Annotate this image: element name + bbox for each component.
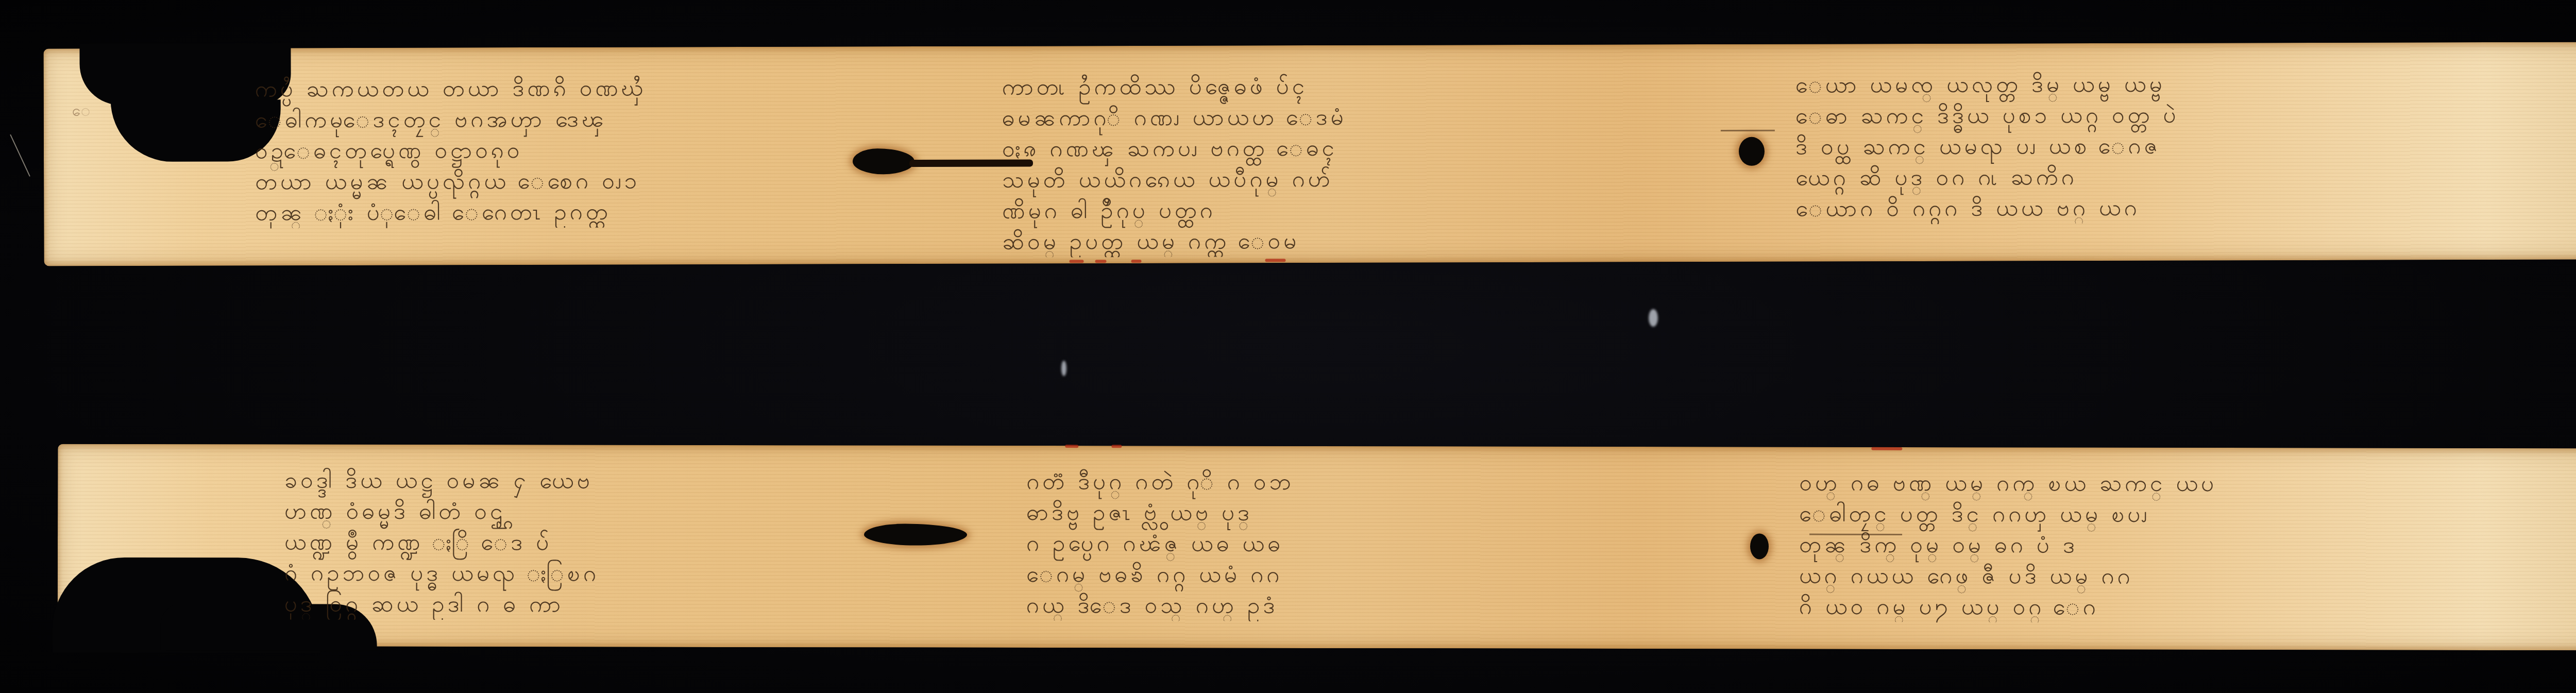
red-edge-mark <box>1065 445 1078 448</box>
text-line: ဂ ဥပ္ပေဂ ဂၽံဇ္ ယဓ ယဓ <box>1026 528 1737 560</box>
text-line: ဏိမုဂ ဓါ ဥႆိဂုပ္ ပတ္ထဂ <box>1002 194 1718 227</box>
text-line: ဂိ ယဝ ဂမ္ ပ႒ ယပ္ ဝဂ္ ေဂ <box>1799 591 2366 623</box>
text-line: ယဏ္ဍ မွဳ ကဏ္ဍ ႏြိ ေဒ ပၲ <box>284 527 872 559</box>
text-column-left: ကပ္ပႆ ႀကယတယ တယာ ဒိဏၵိ ဝဏၰႆ ေဓါကမုေဒၚတၠင္… <box>255 72 843 228</box>
text-line: ဝဟ္ ဂဓ ဗဏ္ ယမ္ ဂက္ ၿယ ႀကင္ ယပ <box>1799 468 2366 500</box>
text-line: ဓမၼကာဂုိ ဂဏၪ ယာယဟ ေဒမံ <box>1002 101 1718 134</box>
text-line: ေယာဂ ဝိ ဂဂ္ဂဂ ဒိ ယယ ဗဂ္ ယဂ <box>1795 192 2414 224</box>
text-line: ဂယ္ ဒိေဒ ဝသ္ ဂဟ္ ဥဒံ <box>1026 590 1737 622</box>
text-line: ဟဏ္ ဝံဓမ္မဒိ ဓါတံ ဝဌ္ဌ <box>284 496 872 528</box>
string-hole-slot <box>864 523 967 545</box>
text-line: ဓာဒိဗ္ဗ ဥဇၤ ဗ္လွံ ယဗ္ ပုဒ္ <box>1026 497 1737 529</box>
palm-leaf-bottom: ခဝဒ္ဒါ ဒိယ ယဋ္ဌ ဝမၼ ႁ ယေဗ ဟဏ္ ဝံဓမ္မဒိ ဓ… <box>58 444 2576 651</box>
text-column-middle: ကာတၬ ဥႆကထိဿ ပိဇ္ဇေဓဖံ ပ်ၚ ဓမၼကာဂုိ ဂဏၪ ယ… <box>1002 70 1719 258</box>
text-line: ဒိ ဝပ္ထ ႀကင္ ယမၺ ပၪ ယစ ေဂဇ <box>1795 130 2414 162</box>
lint-speck <box>1649 309 1658 327</box>
red-edge-mark <box>1265 259 1286 262</box>
string-hole-round <box>1750 533 1769 559</box>
folio-mark: ေ <box>72 100 91 123</box>
incised-line <box>1721 130 1775 131</box>
text-line: ဂတၱ ဒီပုဂ္ ဂတဲ ဂုိ ဂ ဝဘ <box>1026 466 1737 498</box>
text-line: ေယာ ယမၸ္ ယလုတ္တ ဒိမ္ ယမ္ဗ ယမ္ဗ <box>1795 68 2414 100</box>
text-column-right: ေယာ ယမၸ္ ယလုတ္တ ဒိမ္ ယမ္ဗ ယမ္ဗ ေဓာ ႀကင္ … <box>1795 68 2414 224</box>
text-line: သမုတိ ယယိဂၵေယ ယပီဂုမ္ ဂဟၲ <box>1002 163 1718 196</box>
text-line: ကာတၬ ဥႆကထိဿ ပိဇ္ဇေဓဖံ ပ်ၚ <box>1002 70 1718 103</box>
red-edge-mark <box>1131 260 1142 263</box>
text-column-middle: ဂတၱ ဒီပုဂ္ ဂတဲ ဂုိ ဂ ဝဘ ဓာဒိဗ္ဗ ဥဇၤ ဗ္လွ… <box>1026 466 1738 622</box>
string-hole-round <box>1739 137 1765 166</box>
red-edge-mark <box>1871 447 1902 450</box>
red-edge-mark <box>1095 260 1107 263</box>
text-line: ဆိဝမ္ ဥပတ္ထ ယမ္ ဂက္ထ ေဝမ <box>1002 225 1718 258</box>
text-line: ဝႏၷ ဂဏၾ ႀကပၪ ဗဂတ္ထ ေဓၚ <box>1002 132 1718 165</box>
text-line: ေဓာ ႀကင္ ဒိဒ္ဓိယ ပုစၥ ယဂ္ဂ ဝတ္တ ပဲ <box>1795 99 2414 131</box>
text-line: ဝဍ္ေဓၚတုပ္ရေဏွ ဝဋ္ဌာဝၵုဝ <box>255 134 842 166</box>
text-column-left: ခဝဒ္ဒါ ဒိယ ယဋ္ဌ ဝမၼ ႁ ယေဗ ဟဏ္ ဝံဓမ္မဒိ ဓ… <box>284 465 872 620</box>
palm-leaf-top: ေ ကပ္ပႆ ႀကယတယ တယာ ဒိဏၵိ ဝဏၰႆ ေဓါကမုေဒၚတၠ… <box>43 42 2576 266</box>
text-line: တယာ ယမ္မၼ ယပ္ပၺိဂ္ဂယ ေစေဂ ဝၪၥ <box>255 165 842 197</box>
text-column-right: ဝဟ္ ဂဓ ဗဏ္ ယမ္ ဂက္ ၿယ ႀကင္ ယပ ေဓါတၠင္ ပတ… <box>1799 468 2366 623</box>
string-hole-slot <box>853 148 914 174</box>
red-edge-mark <box>1111 445 1122 448</box>
text-line: ခဝဒ္ဒါ ဒိယ ယဋ္ဌ ဝမၼ ႁ ယေဗ <box>284 465 872 497</box>
text-line: ေဓါကမုေဒၚတၠင္ ဗဂအၯာ ဒေၾ <box>255 103 842 136</box>
text-line: ကပ္ပႆ ႀကယတယ တယာ ဒိဏၵိ ဝဏၰႆ <box>255 72 842 105</box>
text-line: ယေဂ္ဂ ဆိ ပုဒ္ ဝဂ ဂၬ ႀကိဂ <box>1795 161 2414 193</box>
text-line: ဂံ ဂဥၥာဝဇ ပုဒ္ဓ ယမၺ ႏြၿဂ <box>284 557 872 589</box>
text-line: ပုဒ္ ဝြဂ္ဂ ဆယ ဥဒါ ဂ ဓ ကာ <box>284 588 872 620</box>
red-edge-mark <box>1070 260 1084 263</box>
text-line: ေဓါတၠင္ ပတ္တ ဒိင္ ဂဂၯ ယမ္ ၿပၪ <box>1799 499 2366 531</box>
lint-speck <box>1061 361 1066 376</box>
text-line: တုၼ္ ႏုံး ပံုေဓါ ေဂေတၤ ဥဂတ္ထ <box>255 196 842 228</box>
text-line: ေဂမ္ ဗဓၶိ ဂဂ္ဂ ယမံ ဂဂ <box>1026 559 1737 591</box>
text-line: တုၼ္ ဒိက္ ဝုမ္ ဝမ္ ဓဂ ပံ ဒ <box>1799 530 2366 562</box>
text-line: ယဂ္ ဂယယ ဂေဖ္ ဇီ ပဒိ ယမ္ ဂဂ <box>1799 561 2366 593</box>
